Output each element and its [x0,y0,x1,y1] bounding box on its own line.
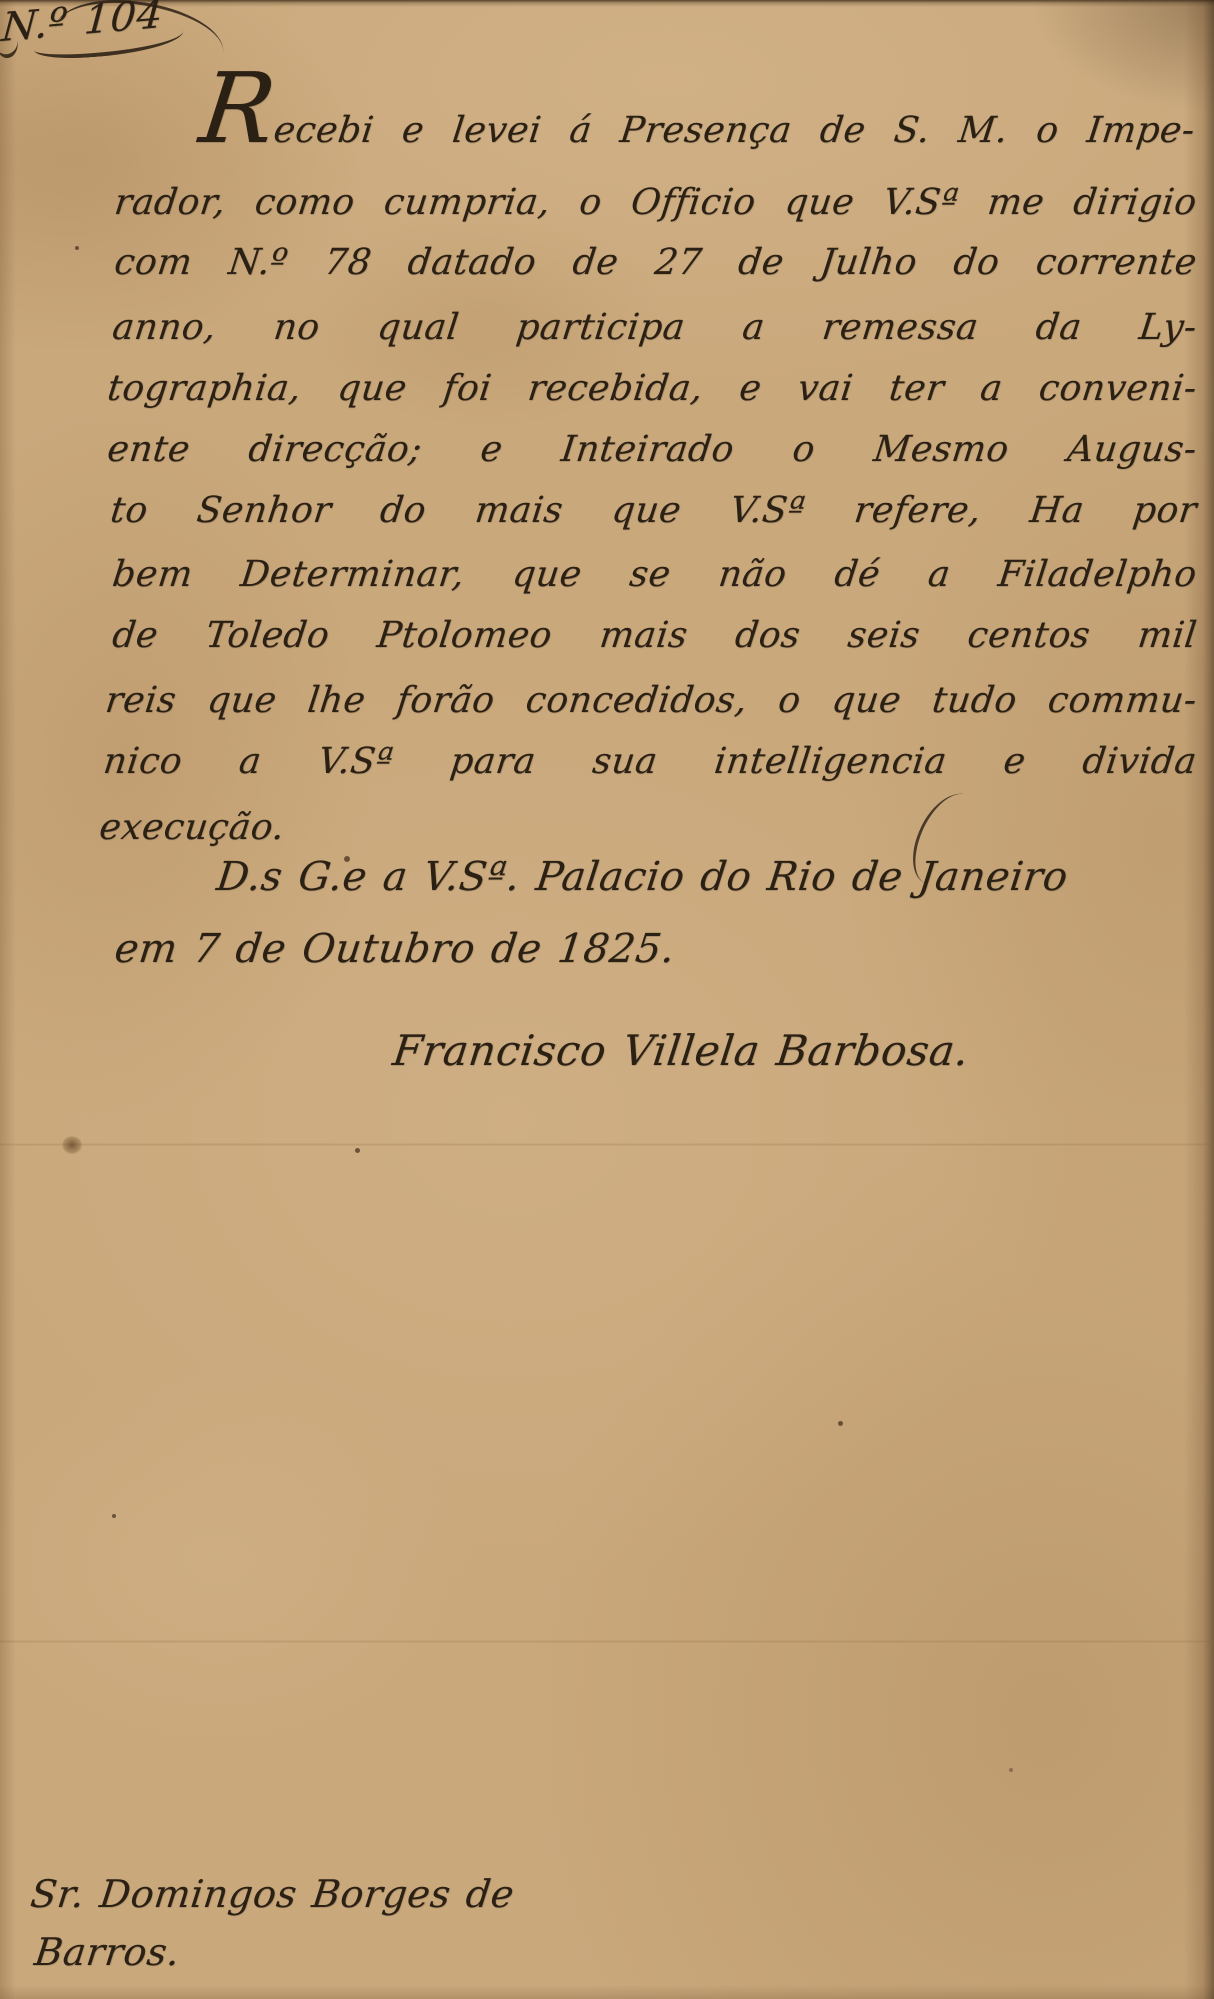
manuscript-line-6: ente direcção; e Inteirado o Mesmo Augus… [105,428,1199,471]
paper-fold-line [0,1640,1214,1643]
manuscript-line-5: tographia, que foi recebida, e vai ter a… [105,367,1199,410]
manuscript-line-12: execução. [97,806,287,849]
manuscript-page: N.º 104 Recebi e levei á Presença de S. … [0,0,1214,1999]
ink-speck [355,1148,360,1153]
manuscript-line-2: rador, como cumpria, o Officio que V.Sª … [112,181,1199,224]
ink-speck [75,246,79,250]
stain-blot [62,1136,82,1154]
addressee-line-1: Sr. Domingos Borges de [28,1872,517,1918]
ink-speck [838,1421,843,1426]
manuscript-line-1: Recebi e levei á Presença de S. M. o Imp… [196,104,1198,152]
manuscript-line-9: de Toledo Ptolomeo mais dos seis centos … [110,614,1199,657]
addressee-line-2: Barros. [32,1930,182,1976]
closing-date-line: em 7 de Outubro de 1825. [112,925,678,973]
manuscript-line-4: anno, no qual participa a remessa da Ly- [110,306,1199,349]
manuscript-line-11: nico a V.Sª para sua intelligencia e div… [101,740,1199,783]
manuscript-line-7: to Senhor do mais que V.Sª refere, Ha po… [108,489,1199,532]
ink-speck [1009,1768,1013,1772]
closing-salutation-line: D.s G.e a V.Sª. Palacio do Rio de Janeir… [214,853,1071,901]
signature: Francisco Villela Barbosa. [390,1026,972,1076]
manuscript-line-8: bem Determinar, que se não dé a Filadelp… [110,553,1199,596]
ink-speck [112,1514,116,1518]
paper-fold-line [0,1143,1214,1146]
manuscript-line-10: reis que lhe forão concedidos, o que tud… [103,679,1199,722]
ink-speck [344,856,350,862]
manuscript-line-3: com N.º 78 datado de 27 de Julho do corr… [112,241,1199,284]
